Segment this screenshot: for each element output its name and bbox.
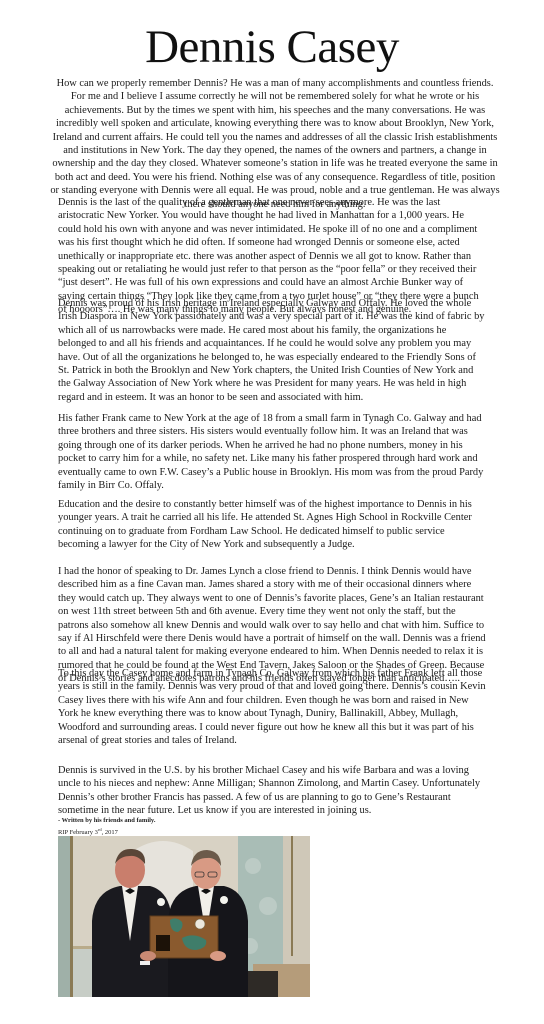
paragraph-casey-home: To this day the Casey home and farm in T… <box>58 667 486 747</box>
paragraph-irish-heritage: Dennis was proud of his Irish heritage i… <box>58 297 486 404</box>
memorial-photo <box>58 836 310 997</box>
paragraph-education: Education and the desire to constantly b… <box>58 498 486 552</box>
photo-illustration <box>58 836 310 997</box>
paragraph-father: His father Frank came to New York at the… <box>58 412 486 492</box>
memorial-page: Dennis Casey How can we properly remembe… <box>0 0 544 1024</box>
paragraph-survived-by: Dennis is survived in the U.S. by his br… <box>58 764 486 818</box>
signature-line: - Written by his friends and family. <box>58 817 155 825</box>
intro-paragraph: How can we properly remember Dennis? He … <box>50 77 500 211</box>
page-title: Dennis Casey <box>0 22 544 72</box>
